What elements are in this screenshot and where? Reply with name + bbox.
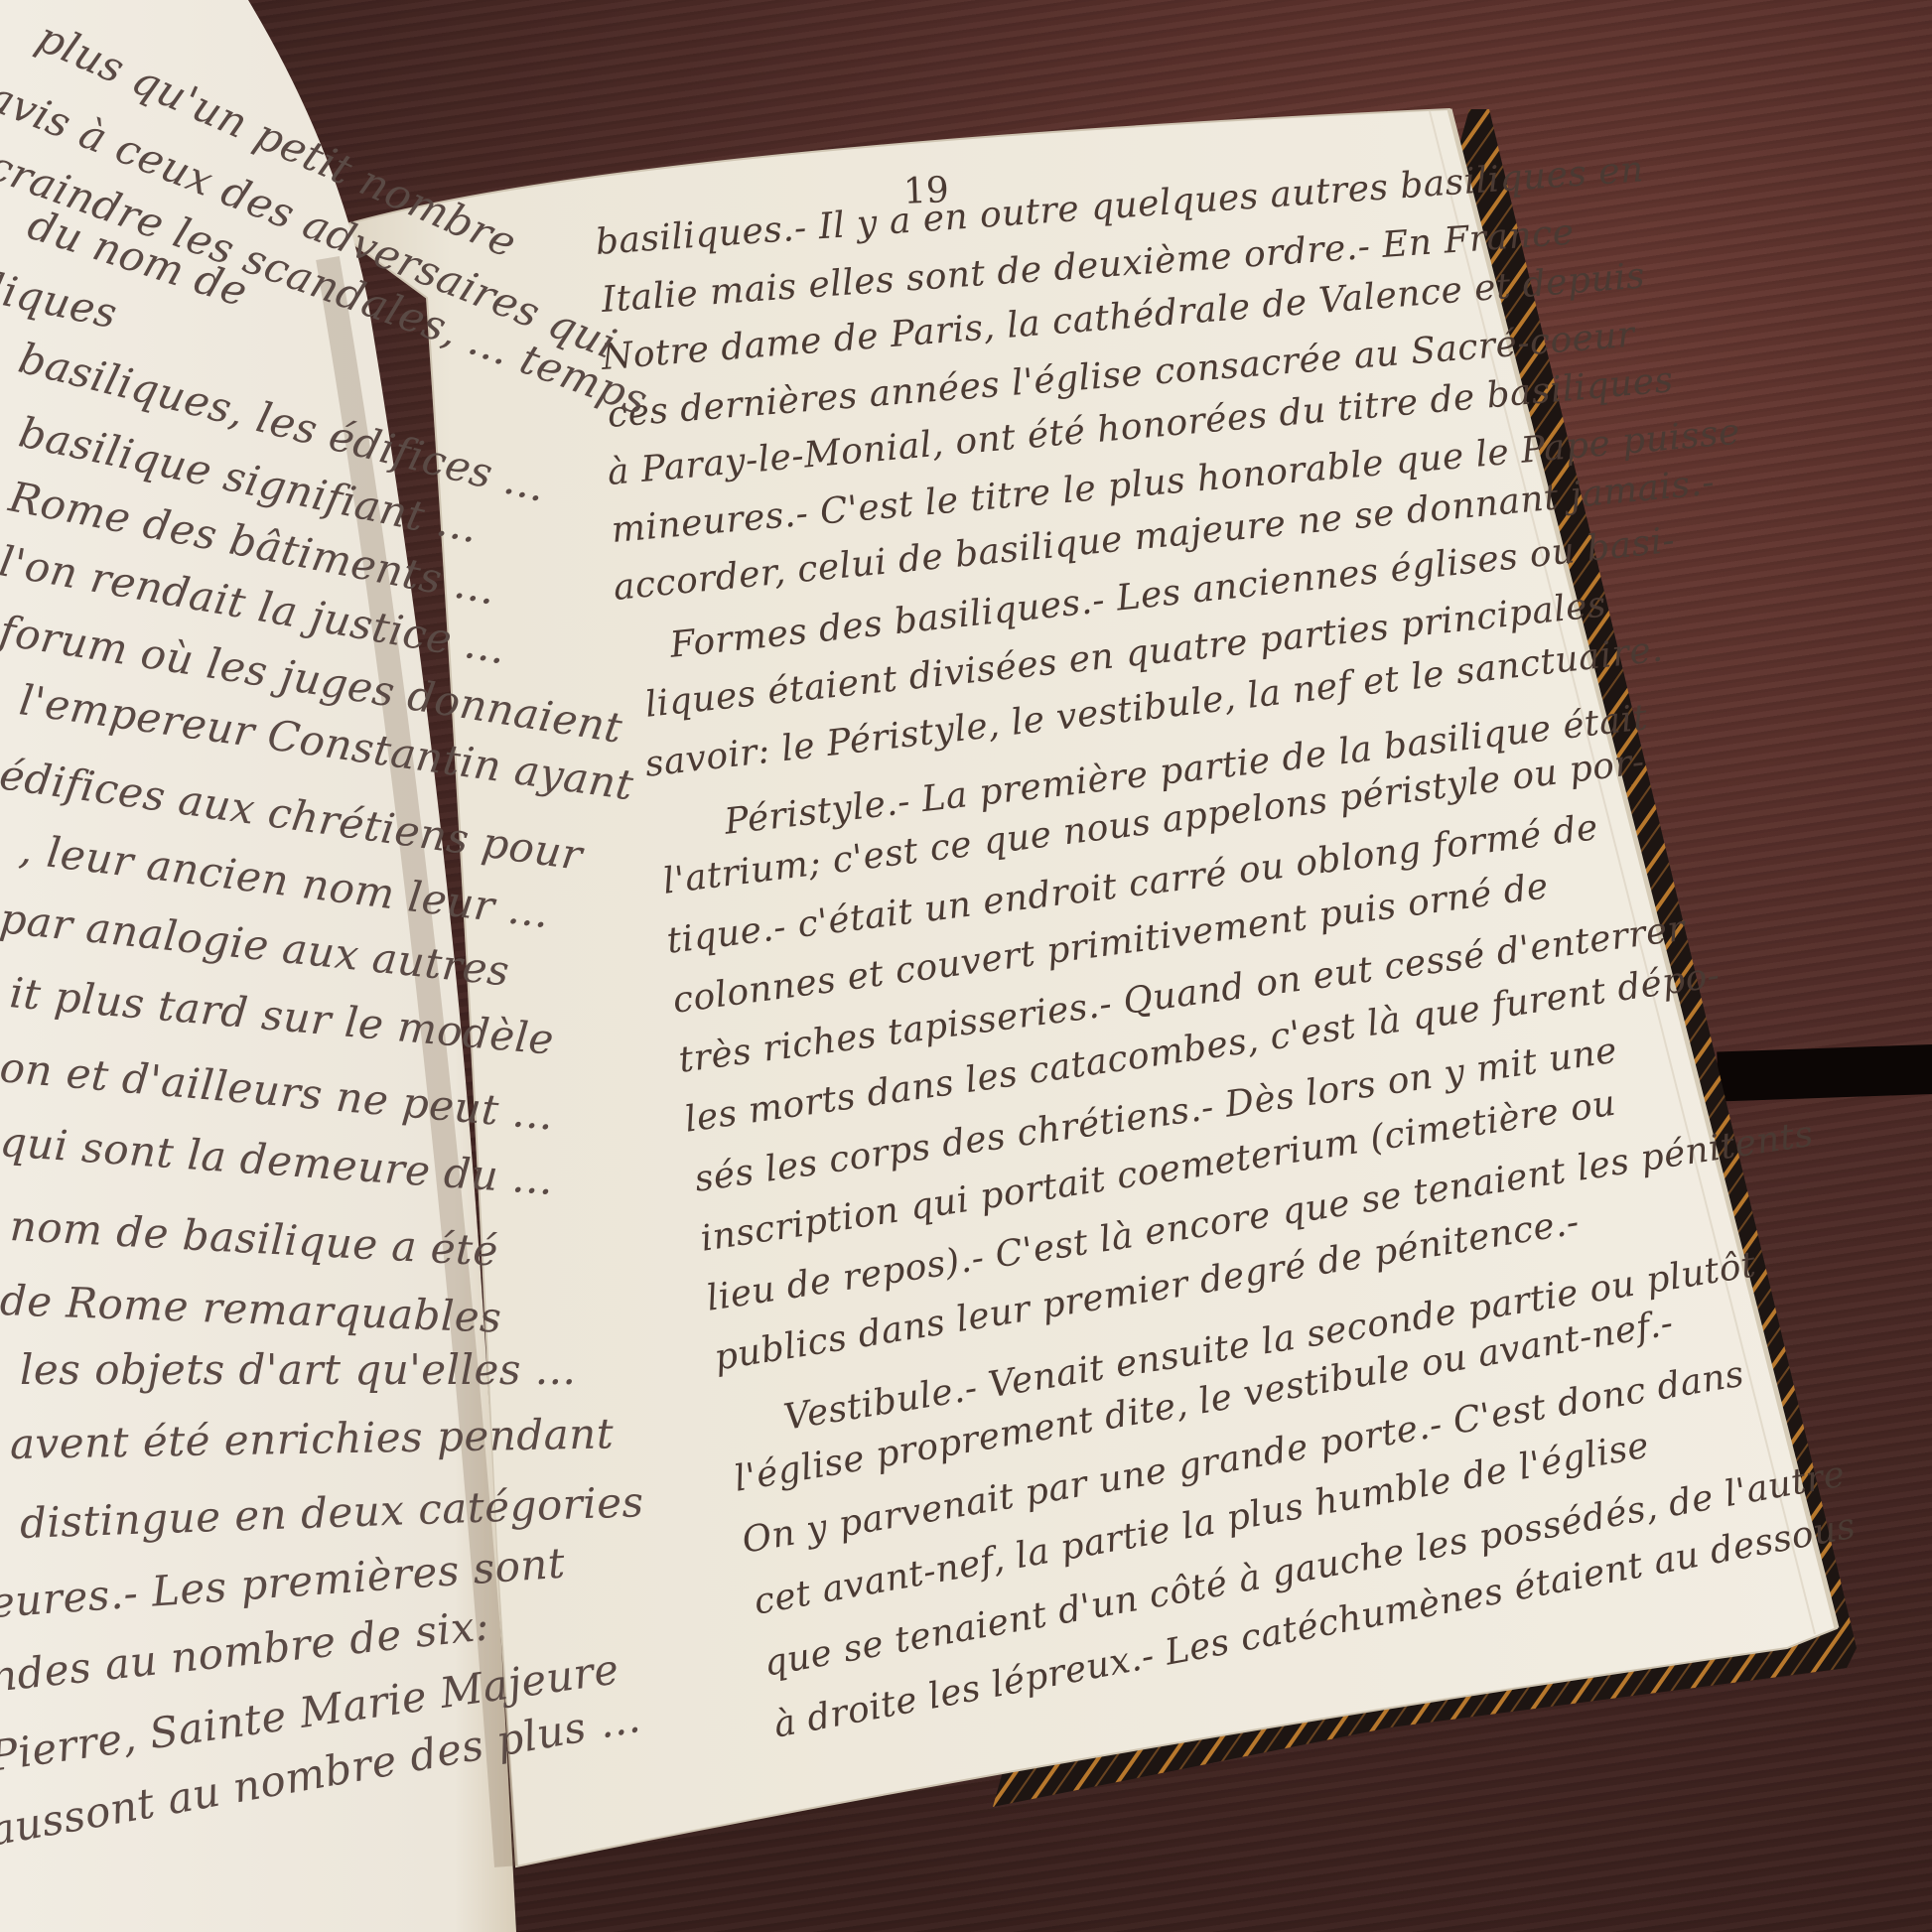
open-book <box>0 0 1932 1932</box>
right-page <box>333 109 1837 1866</box>
